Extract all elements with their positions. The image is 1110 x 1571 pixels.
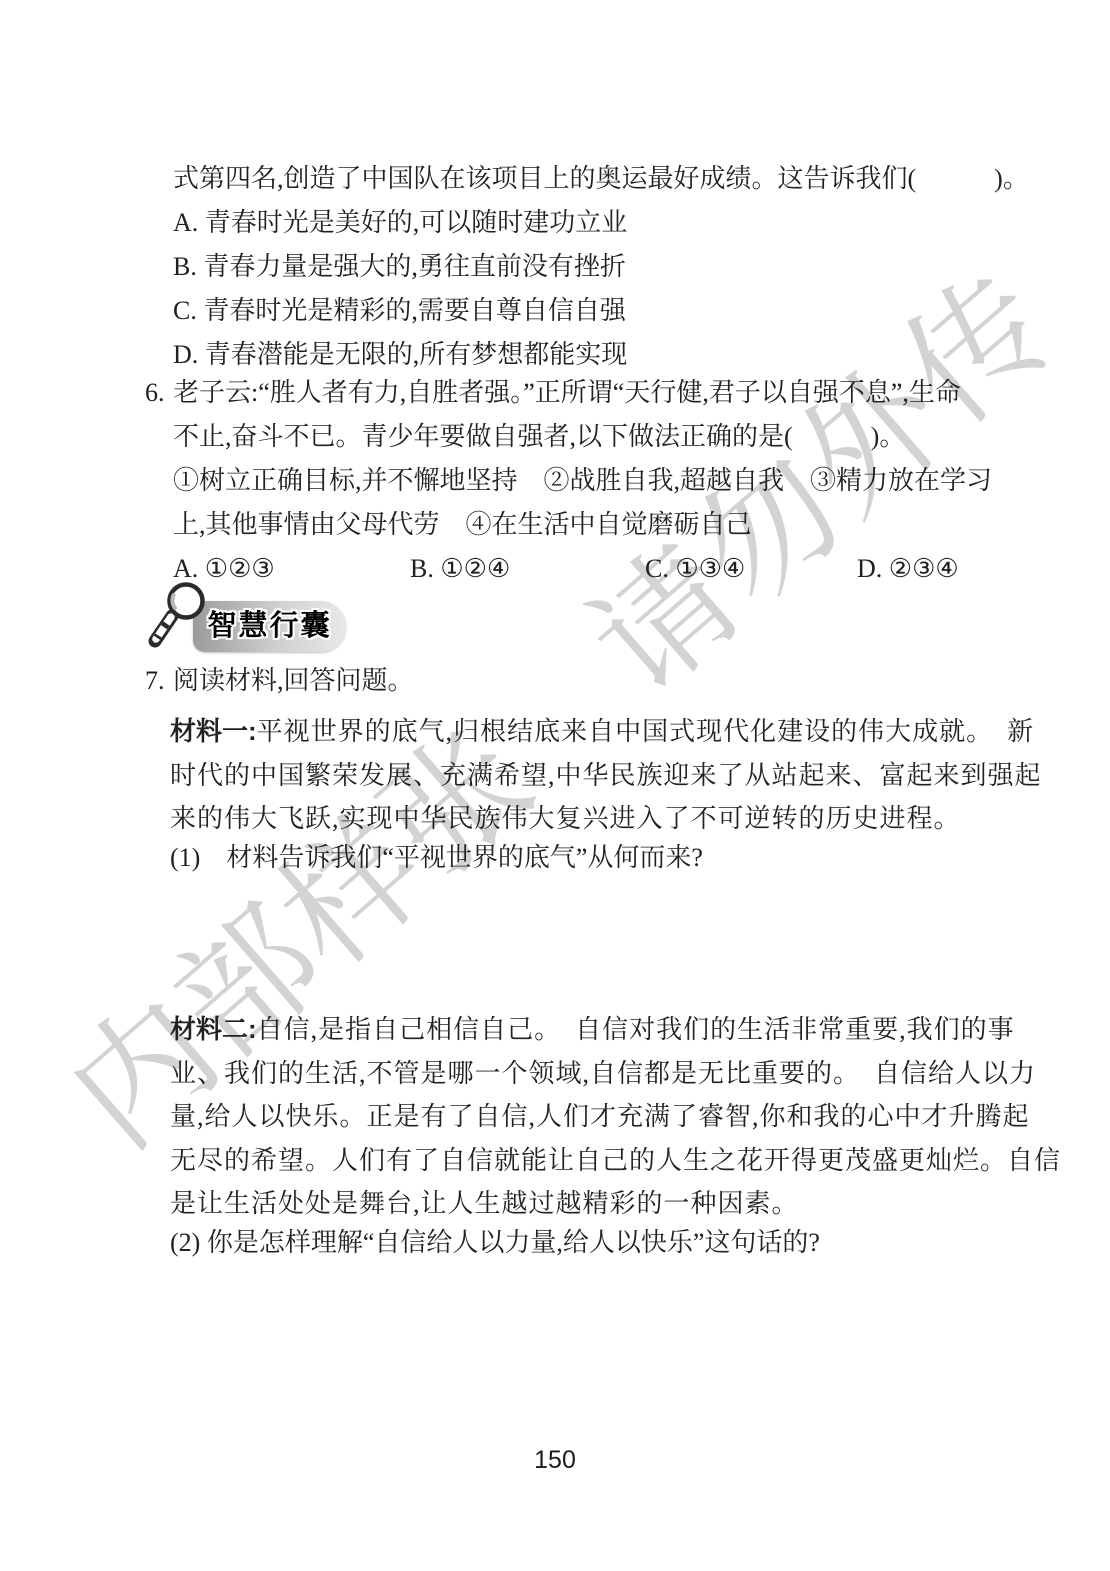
question-6-line: 上,其他事情由父母代劳 ④在生活中自觉磨砺自己 [173, 503, 992, 547]
question-6-number: 6. [145, 371, 165, 415]
question-6-option-c: C. ①③④ [645, 547, 745, 591]
question-5-option-b: B. 青春力量是强大的,勇往直前没有挫折 [173, 245, 1029, 289]
magnifier-icon [144, 576, 212, 664]
material-2-line: 量,给人以快乐。正是有了自信,人们才充满了睿智,你和我的心中才升腾起 [170, 1095, 1061, 1139]
question-6-option-d: D. ②③④ [857, 547, 959, 591]
question-6-line: 不止,奋斗不已。青少年要做自强者,以下做法正确的是( )。 [173, 415, 992, 459]
material-1-text: 平视世界的底气,归根结底来自中国式现代化建设的伟大成就。 新 [257, 717, 1035, 746]
question-7-number: 7. [145, 659, 165, 703]
question-5-block: 式第四名,创造了中国队在该项目上的奥运最好成绩。这告诉我们( )。 A. 青春时… [173, 157, 1029, 377]
question-6-line: 老子云:“胜人者有力,自胜者强。”正所谓“天行健,君子以自强不息”,生命 [173, 371, 992, 415]
material-2-label: 材料二: [170, 1014, 257, 1044]
material-1-line: 时代的中国繁荣发展、充满希望,中华民族迎来了从站起来、富起来到强起 [170, 754, 1042, 798]
material-2-line: 是让生活处处是舞台,让人生越过越精彩的一种因素。 [170, 1182, 1061, 1226]
question-7-stem: 阅读材料,回答问题。 [173, 659, 414, 703]
section-badge-label: 智慧行囊 [193, 601, 346, 652]
material-1-line: 材料一:平视世界的底气,归根结底来自中国式现代化建设的伟大成就。 新 [170, 710, 1042, 754]
sub-question-1: (1) 材料告诉我们“平视世界的底气”从何而来? [170, 836, 703, 880]
material-1-line: 来的伟大飞跃,实现中华民族伟大复兴进入了不可逆转的历史进程。 [170, 797, 1042, 841]
material-1-label: 材料一: [170, 716, 257, 746]
material-2-line: 无尽的希望。人们有了自信就能让自己的人生之花开得更茂盛更灿烂。自信 [170, 1139, 1061, 1183]
material-2-line: 材料二:自信,是指自己相信自己。 自信对我们的生活非常重要,我们的事 [170, 1008, 1061, 1052]
question-6-block: 6. 老子云:“胜人者有力,自胜者强。”正所谓“天行健,君子以自强不息”,生命 … [173, 371, 992, 591]
sub-question-2: (2) 你是怎样理解“自信给人以力量,给人以快乐”这句话的? [170, 1221, 820, 1265]
workbook-page: 内部样张 请勿外传 式第四名,创造了中国队在该项目上的奥运最好成绩。这告诉我们(… [0, 0, 1110, 1571]
question-7-stem-block: 7. 阅读材料,回答问题。 [173, 659, 414, 703]
page-number: 150 [0, 1446, 1110, 1475]
question-5-option-c: C. 青春时光是精彩的,需要自尊自信自强 [173, 289, 1029, 333]
section-badge: 智慧行囊 [193, 601, 346, 652]
question-5-stem: 式第四名,创造了中国队在该项目上的奥运最好成绩。这告诉我们( )。 [173, 157, 1029, 201]
question-6-option-b: B. ①②④ [410, 547, 510, 591]
material-1-block: 材料一:平视世界的底气,归根结底来自中国式现代化建设的伟大成就。 新 时代的中国… [170, 710, 1042, 841]
question-6-line: ①树立正确目标,并不懈地坚持 ②战胜自我,超越自我 ③精力放在学习 [173, 459, 992, 503]
material-2-text: 自信,是指自己相信自己。 自信对我们的生活非常重要,我们的事 [257, 1015, 1015, 1044]
material-2-block: 材料二:自信,是指自己相信自己。 自信对我们的生活非常重要,我们的事 业、我们的… [170, 1008, 1061, 1226]
question-6-options-row: A. ①②③ B. ①②④ C. ①③④ D. ②③④ [173, 547, 992, 591]
question-5-option-a: A. 青春时光是美好的,可以随时建功立业 [173, 201, 1029, 245]
material-2-line: 业、我们的生活,不管是哪一个领域,自信都是无比重要的。 自信给人以力 [170, 1052, 1061, 1096]
